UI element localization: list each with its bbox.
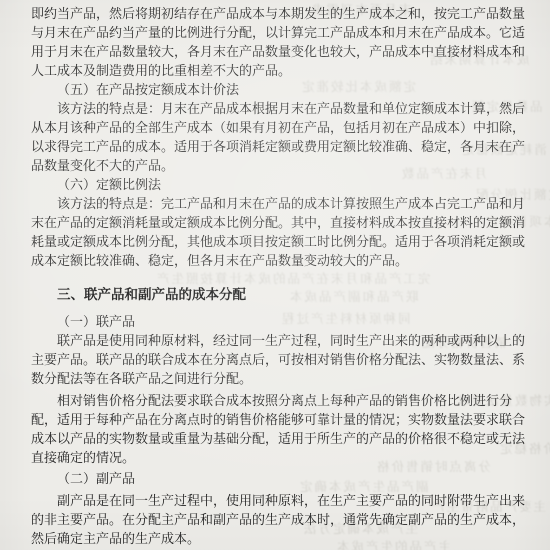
body-text-line: 数分配法等在各联产品之间进行分配。 [31, 369, 525, 388]
body-text-line: 成本定额比较准确、稳定，但各月末在产品数量变动较大的产品。 [31, 251, 525, 270]
subheading-five: （五）在产品按定额成本计价法 [31, 80, 525, 99]
section-heading: 三、联产品和副产品的成本分配 [31, 285, 525, 304]
body-text-line: 即约当产品，然后将期初结存在产品成本与本期发生的生产成本之和，按完工产品数量 [31, 4, 525, 23]
scanned-book-page: 末月至本刊需求 成本计算期末结 定额成本比较准定 品数量定额 消耗定额稳定 月末… [0, 0, 550, 550]
body-text-line: 然后确定主产品的生产成本。 [31, 529, 525, 548]
body-text-line: 副产品是在同一生产过程中，使用同种原料，在生产主要产品的同时附带生产出来 [31, 491, 525, 510]
body-text-line: 耗量或定额成本比例分配，其他成本项目按定额工时比例分配。适用于各项消耗定额或 [31, 232, 525, 251]
body-text-line: 末在产品的定额消耗量或定额成本比例分配。其中，直接材料成本按直接材料的定额消 [31, 213, 525, 232]
body-text-line: 配，适用于每种产品在分离点时的销售价格能够可靠计量的情况；实物数量法要求联合 [31, 410, 525, 429]
subheading-six: （六）定额比例法 [31, 175, 525, 194]
text-column: 即约当产品，然后将期初结存在产品成本与本期发生的生产成本之和，按完工产品数量 与… [31, 4, 525, 548]
body-text-line: 该方法的特点是：月末在产品成本根据月末在产品数量和单位定额成本计算，然后 [31, 99, 525, 118]
body-text-line: 联产品是使用同种原材料，经过同一生产过程，同时生产出来的两种或两种以上的 [31, 331, 525, 350]
body-text-line: 直接确定的情况。 [31, 448, 525, 467]
body-text-line: 用于月末在产品数量较大，各月末在产品数量变化也较大，产品成本中直接材料成本和 [31, 42, 525, 61]
subheading-two: （二）副产品 [31, 469, 525, 488]
body-text-line: 该方法的特点是：完工产品和月末在产品的成本计算按照生产成本占完工产品和月 [31, 194, 525, 213]
subheading-one: （一）联产品 [31, 312, 525, 331]
body-text-line: 与月末在产品约当产量的比例进行分配，以计算完工产品成本和月末在产品成本。它适 [31, 23, 525, 42]
body-text-line: 相对销售价格分配法要求联合成本按照分离点上每种产品的销售价格比例进行分 [31, 391, 525, 410]
body-text-line: 品数量变化不大的产品。 [31, 156, 525, 175]
body-text-line: 成本以产品的实物数量或重量为基础分配，适用于所生产的产品的价格很不稳定或无法 [31, 429, 525, 448]
body-text-line: 人工成本及制造费用的比重相差不大的产品。 [31, 61, 525, 80]
body-text-line: 主要产品。联产品的联合成本在分离点后，可按相对销售价格分配法、实物数量法、系 [31, 350, 525, 369]
body-text-line: 的非主要产品。在分配主产品和副产品的生产成本时，通常先确定副产品的生产成本， [31, 510, 525, 529]
body-text-line: 从本月该种产品的全部生产成本（如果有月初在产品，包括月初在产品成本）中扣除， [31, 118, 525, 137]
body-text-line: 以求得完工产品的成本。适用于各项消耗定额或费用定额比较准确、稳定，各月末在产 [31, 137, 525, 156]
